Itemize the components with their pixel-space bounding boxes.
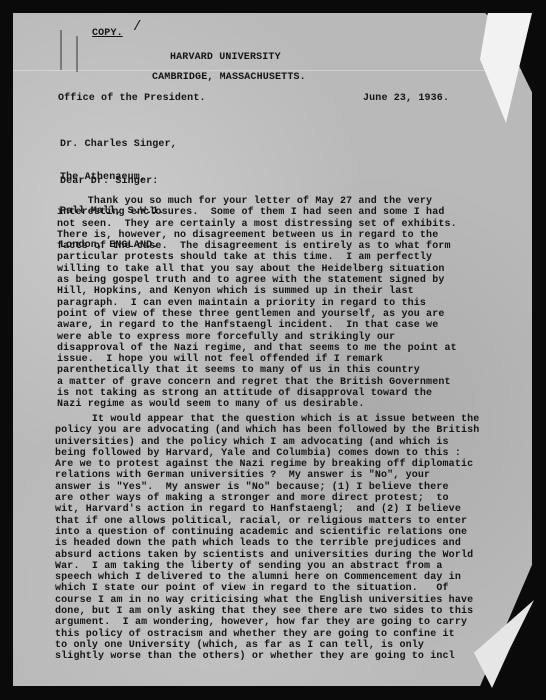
pen-mark [76,36,80,72]
text-line: this policy of ostracism and whether the… [55,629,479,640]
letterhead-institution: HARVARD UNIVERSITY [170,52,281,63]
text-line: argument. I am wondering, however, how f… [55,617,479,628]
text-line: being followed by Harvard, Yale and Colu… [55,448,479,459]
pen-mark [60,30,64,70]
text-line: to only one University (which, as far as… [55,640,479,651]
text-line: Thank you so much for your letter of May… [57,196,457,207]
text-line: not seen. They are certainly a most dist… [57,219,457,230]
text-line: answer is "Yes". My answer is "No" becau… [55,482,479,493]
text-line: relations with German universities ? My … [55,470,479,481]
text-line: facts of the case. The disagreement is e… [57,241,457,252]
text-line: point of view of these three gentlemen a… [57,309,457,320]
text-line: parenthetically that it seems to many of… [57,365,457,376]
text-line: wit, Harvard's action in regard to Hanfs… [55,504,479,515]
salutation: Dear Dr. Singer: [60,176,158,187]
text-line: There is, however, no disagreement betwe… [57,230,457,241]
text-line: Are we to protest against the Nazi regim… [55,459,479,470]
copy-mark: COPY. [92,28,123,39]
text-line: are other ways of making a stronger and … [55,493,479,504]
text-line: is headed down the path which leads to t… [55,538,479,549]
slash-mark: / [133,22,142,33]
text-line: issue. I hope you will not feel offended… [57,354,457,365]
text-line: as being gospel truth and to agree with … [57,275,457,286]
letter-date: June 23, 1936. [363,93,449,104]
text-line: is not taking as strong an attitude of d… [57,388,457,399]
text-line: course I am in no way criticising what t… [55,595,479,606]
office-line: Office of the President. [58,93,206,104]
text-line: were able to express more forcefully and… [57,332,457,343]
text-line: disapproval of the Nazi regime, and that… [57,343,457,354]
text-line: paragraph. I can even maintain a priorit… [57,298,457,309]
text-line: done, but I am only asking that they see… [55,606,479,617]
text-line: War. I am taking the liberty of sending … [55,561,479,572]
text-line: absurd actions taken by scientists and u… [55,550,479,561]
text-line: aware, in regard to the Hanfstaengl inci… [57,320,457,331]
text-line: policy you are advocating (and which has… [55,425,479,436]
body-paragraph-1: Thank you so much for your letter of May… [57,196,457,411]
text-line: slightly worse than the others) or wheth… [55,651,479,662]
text-line: speech which I delivered to the alumni h… [55,572,479,583]
text-line: willing to take all that you say about t… [57,264,457,275]
text-line: which I state our point of view in regar… [55,583,479,594]
text-line: into a question of continuing academic a… [55,527,479,538]
text-line: It would appear that the question which … [55,414,479,425]
paper-crease [13,70,532,71]
text-line: that if one allows political, racial, or… [55,516,479,527]
address-line: Dr. Charles Singer, [60,139,177,150]
text-line: interesting enclosures. Some of them I h… [57,207,457,218]
text-line: a matter of grave concern and regret tha… [57,377,457,388]
text-line: universities) and the policy which I am … [55,437,479,448]
text-line: Hill, Hopkins, and Kenyon which is summe… [57,286,457,297]
text-line: particular protests should take at this … [57,252,457,263]
body-paragraph-2: It would appear that the question which … [55,414,479,663]
letterhead-location: CAMBRIDGE, MASSACHUSETTS. [152,72,306,83]
text-line: Nazi regime as would seem to many of us … [57,399,457,410]
